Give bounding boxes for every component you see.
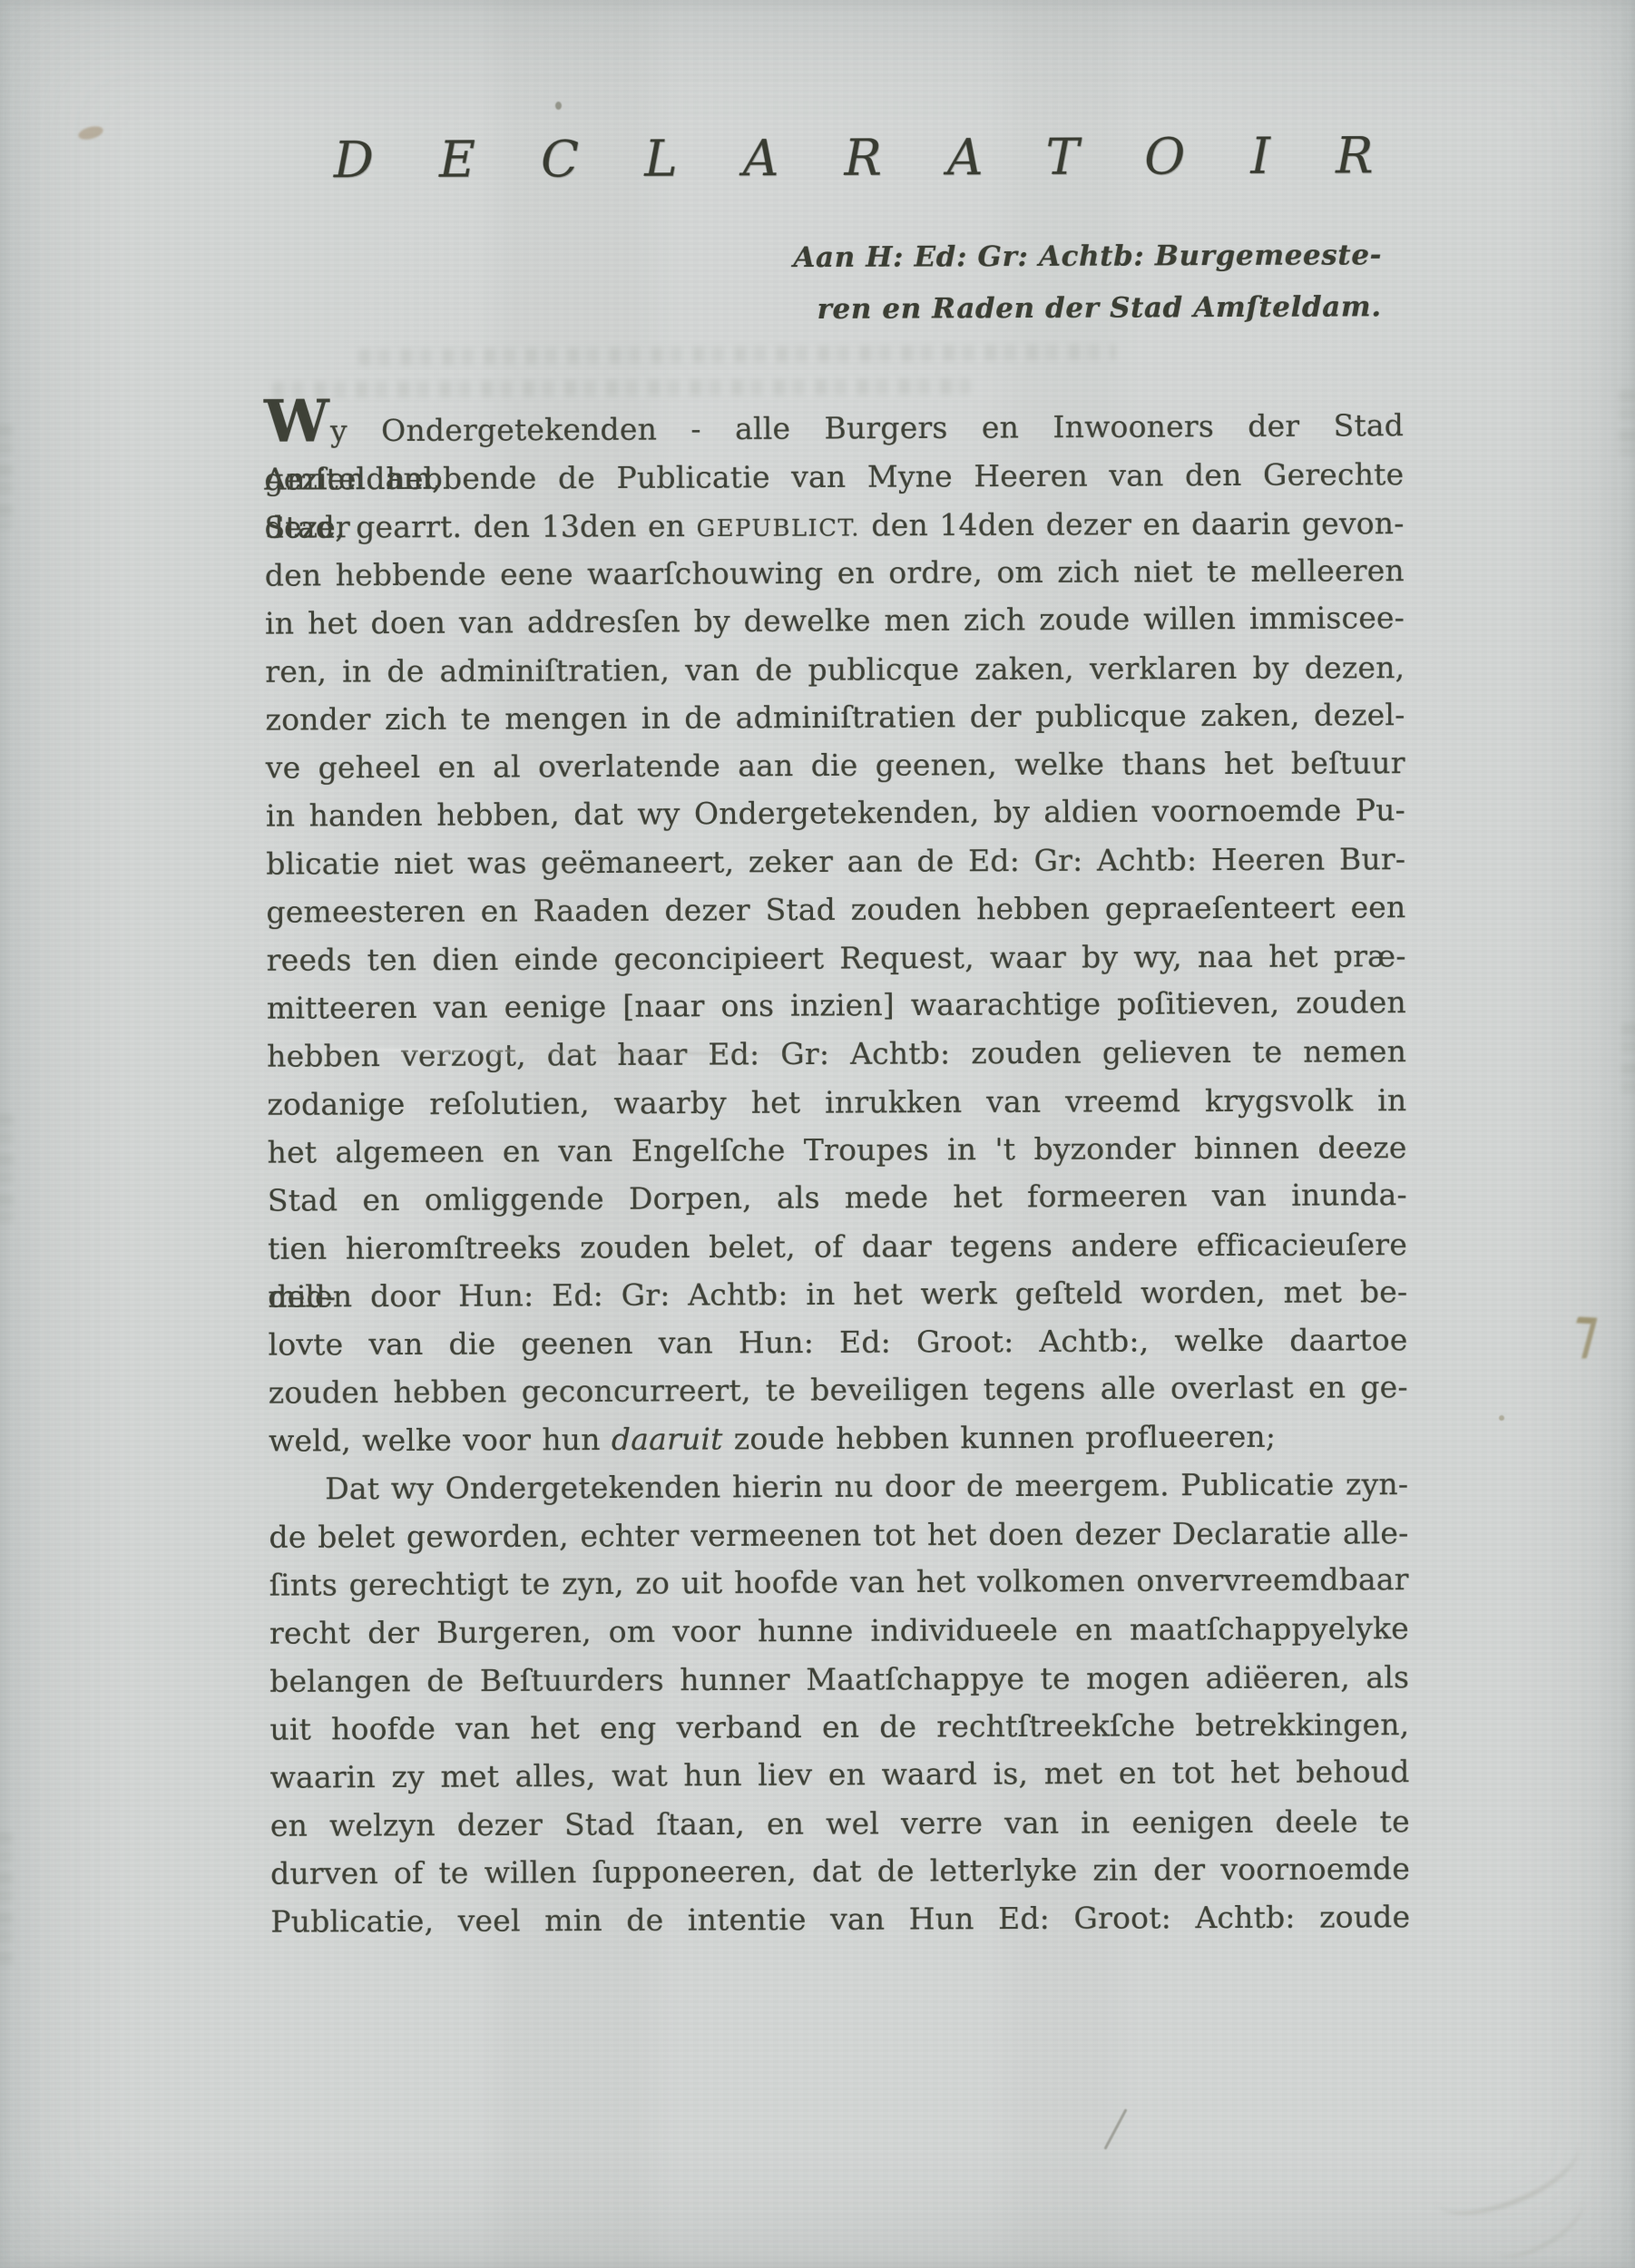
text-segment: belangen de Beſtuurders hunner Maatſchap… (269, 1659, 1409, 1699)
text-line: Stad en omliggende Dorpen, als mede het … (268, 1170, 1407, 1225)
text-line: ſints gerechtigt te zyn, zo uit hoofde v… (269, 1555, 1409, 1609)
text-line: belangen de Beſtuurders hunner Maatſchap… (269, 1653, 1409, 1706)
text-line: tien hieromſtreeks zouden belet, of daar… (268, 1220, 1407, 1273)
text-segment: mitteeren van eenige [naar ons inzien] w… (267, 984, 1406, 1026)
text-segment: zodanige reſolutien, waarby het inrukken… (267, 1082, 1406, 1122)
text-line: delen door Hun: Ed: Gr: Achtb: in het we… (268, 1267, 1407, 1320)
text-line: zouden hebben geconcurreert, te beveilig… (269, 1363, 1408, 1417)
text-segment: in handen hebben, dat wy Ondergetekenden… (266, 792, 1405, 834)
text-line: ren, in de adminiſtratien, van de public… (265, 643, 1405, 696)
text-line: in handen hebben, dat wy Ondergetekenden… (266, 786, 1405, 840)
text-line: reeds ten dien einde geconcipieert Reque… (267, 932, 1406, 984)
paper-speck (555, 102, 562, 110)
page-content: DECLARATOIR Aan H: Ed: Gr: Achtb: Burgem… (0, 0, 1635, 2268)
text-segment: ſints gerechtigt te zyn, zo uit hoofde v… (269, 1561, 1409, 1603)
text-line: mitteeren van eenige [naar ons inzien] w… (267, 978, 1406, 1032)
text-segment: Publicatie, veel min de intentie van Hun… (270, 1899, 1410, 1939)
smallcaps-text: GEPUBLICT. (697, 514, 860, 543)
text-line: Dat wy Ondergetekenden hierin nu door de… (269, 1460, 1408, 1512)
text-line: Publicatie, veel min de intentie van Hun… (270, 1892, 1410, 1945)
text-segment: waarin zy met alles, wat hun liev en waa… (270, 1754, 1410, 1795)
text-segment: in het doen van addresſen by dewelke men… (265, 600, 1405, 641)
text-segment: Stad, gearrt. den 13den en (265, 508, 697, 545)
text-segment: ren, in de adminiſtratien, van de public… (265, 650, 1405, 689)
text-line: de belet geworden, echter vermeenen tot … (269, 1509, 1408, 1561)
text-line: ve geheel en al overlatende aan die geen… (266, 738, 1405, 791)
text-line: en welzyn dezer Stad ſtaan, en wel verre… (270, 1797, 1410, 1850)
text-line: in het doen van addresſen by dewelke men… (265, 593, 1405, 648)
body-text: Wy Ondergetekenden - alle Burgers en Inw… (264, 402, 1410, 1945)
document-page: DECLARATOIR Aan H: Ed: Gr: Achtb: Burgem… (0, 0, 1635, 2268)
text-segment: zouden hebben geconcurreert, te beveilig… (269, 1369, 1408, 1411)
dropcap-text: W (264, 387, 330, 455)
text-line: Stad, gearrt. den 13den en GEPUBLICT. de… (265, 499, 1405, 552)
salutation: Aan H: Ed: Gr: Achtb: Burgemeeste- ren e… (793, 230, 1419, 336)
text-segment: den 14den dezer en daarin gevon- (860, 505, 1405, 543)
text-line: waarin zy met alles, wat hun liev en waa… (269, 1747, 1409, 1802)
text-line: zodanige reſolutien, waarby het inrukken… (267, 1076, 1406, 1129)
text-segment: de belet geworden, echter vermeenen tot … (269, 1515, 1408, 1555)
document-title: DECLARATOIR (334, 126, 1439, 189)
text-segment: delen door Hun: Ed: Gr: Achtb: in het we… (268, 1274, 1407, 1314)
text-segment: Dat wy Ondergetekenden hierin nu door de… (325, 1466, 1408, 1506)
paper-speck (1499, 1415, 1504, 1421)
salutation-line-2: ren en Raden der Stad Amſteldam. (793, 281, 1419, 336)
text-line: Wy Ondergetekenden - alle Burgers en Inw… (264, 401, 1404, 455)
text-segment: reeds ten dien einde geconcipieert Reque… (267, 938, 1406, 978)
text-line: gemeesteren en Raaden dezer Stad zouden … (266, 883, 1405, 935)
text-segment: gemeesteren en Raaden dezer Stad zouden … (266, 889, 1405, 929)
text-segment: Stad en omliggende Dorpen, als mede het … (268, 1177, 1407, 1218)
salutation-line-1: Aan H: Ed: Gr: Achtb: Burgemeeste- (793, 230, 1419, 284)
text-segment: ve geheel en al overlatende aan die geen… (266, 745, 1405, 785)
text-segment: en welzyn dezer Stad ſtaan, en wel verre… (270, 1804, 1410, 1843)
